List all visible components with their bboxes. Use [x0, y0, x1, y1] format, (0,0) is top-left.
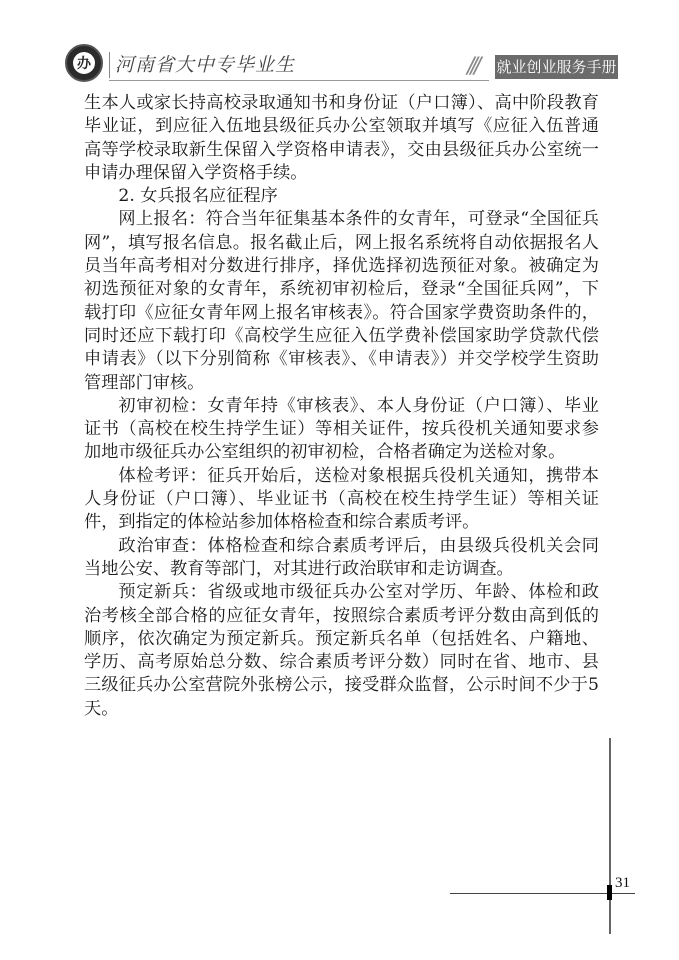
header-title: 河南省大中专毕业生 [115, 50, 295, 77]
header-rule [109, 80, 489, 81]
section-heading: 2. 女兵报名应征程序 [84, 185, 599, 208]
logo-glyph: 办 [73, 52, 95, 74]
paragraph: 初审初检：女青年持《审核表》、本人身份证（户口簿）、毕业证书（高校在校生持学生证… [84, 395, 599, 465]
header-divider [109, 52, 110, 78]
paragraph: 体检考评：征兵开始后，送检对象根据兵役机关通知，携带本人身份证（户口簿）、毕业证… [84, 465, 599, 535]
paragraph: 生本人或家长持高校录取通知书和身份证（户口簿）、高中阶段教育毕业证，到应征入伍地… [84, 92, 599, 185]
paragraph: 政治审查：体格检查和综合素质考评后，由县级兵役机关会同当地公安、教育等部门，对其… [84, 535, 599, 582]
header-badge: 就业创业服务手册 [495, 55, 618, 79]
logo-emblem-icon: 办 [65, 44, 103, 82]
paragraph: 网上报名：符合当年征集基本条件的女青年，可登录“全国征兵网”，填写报名信息。报名… [84, 208, 599, 394]
page-number: 31 [615, 875, 630, 892]
running-header: 办 河南省大中专毕业生 /// 就业创业服务手册 [65, 44, 618, 84]
slash-decoration-icon: /// [467, 54, 477, 79]
margin-rule [609, 738, 611, 934]
paragraph: 预定新兵：省级或地市级征兵办公室对学历、年龄、体检和政治考核全部合格的应征女青年… [84, 581, 599, 721]
page-marker [607, 885, 612, 900]
body-text: 生本人或家长持高校录取通知书和身份证（户口簿）、高中阶段教育毕业证，到应征入伍地… [84, 92, 599, 721]
